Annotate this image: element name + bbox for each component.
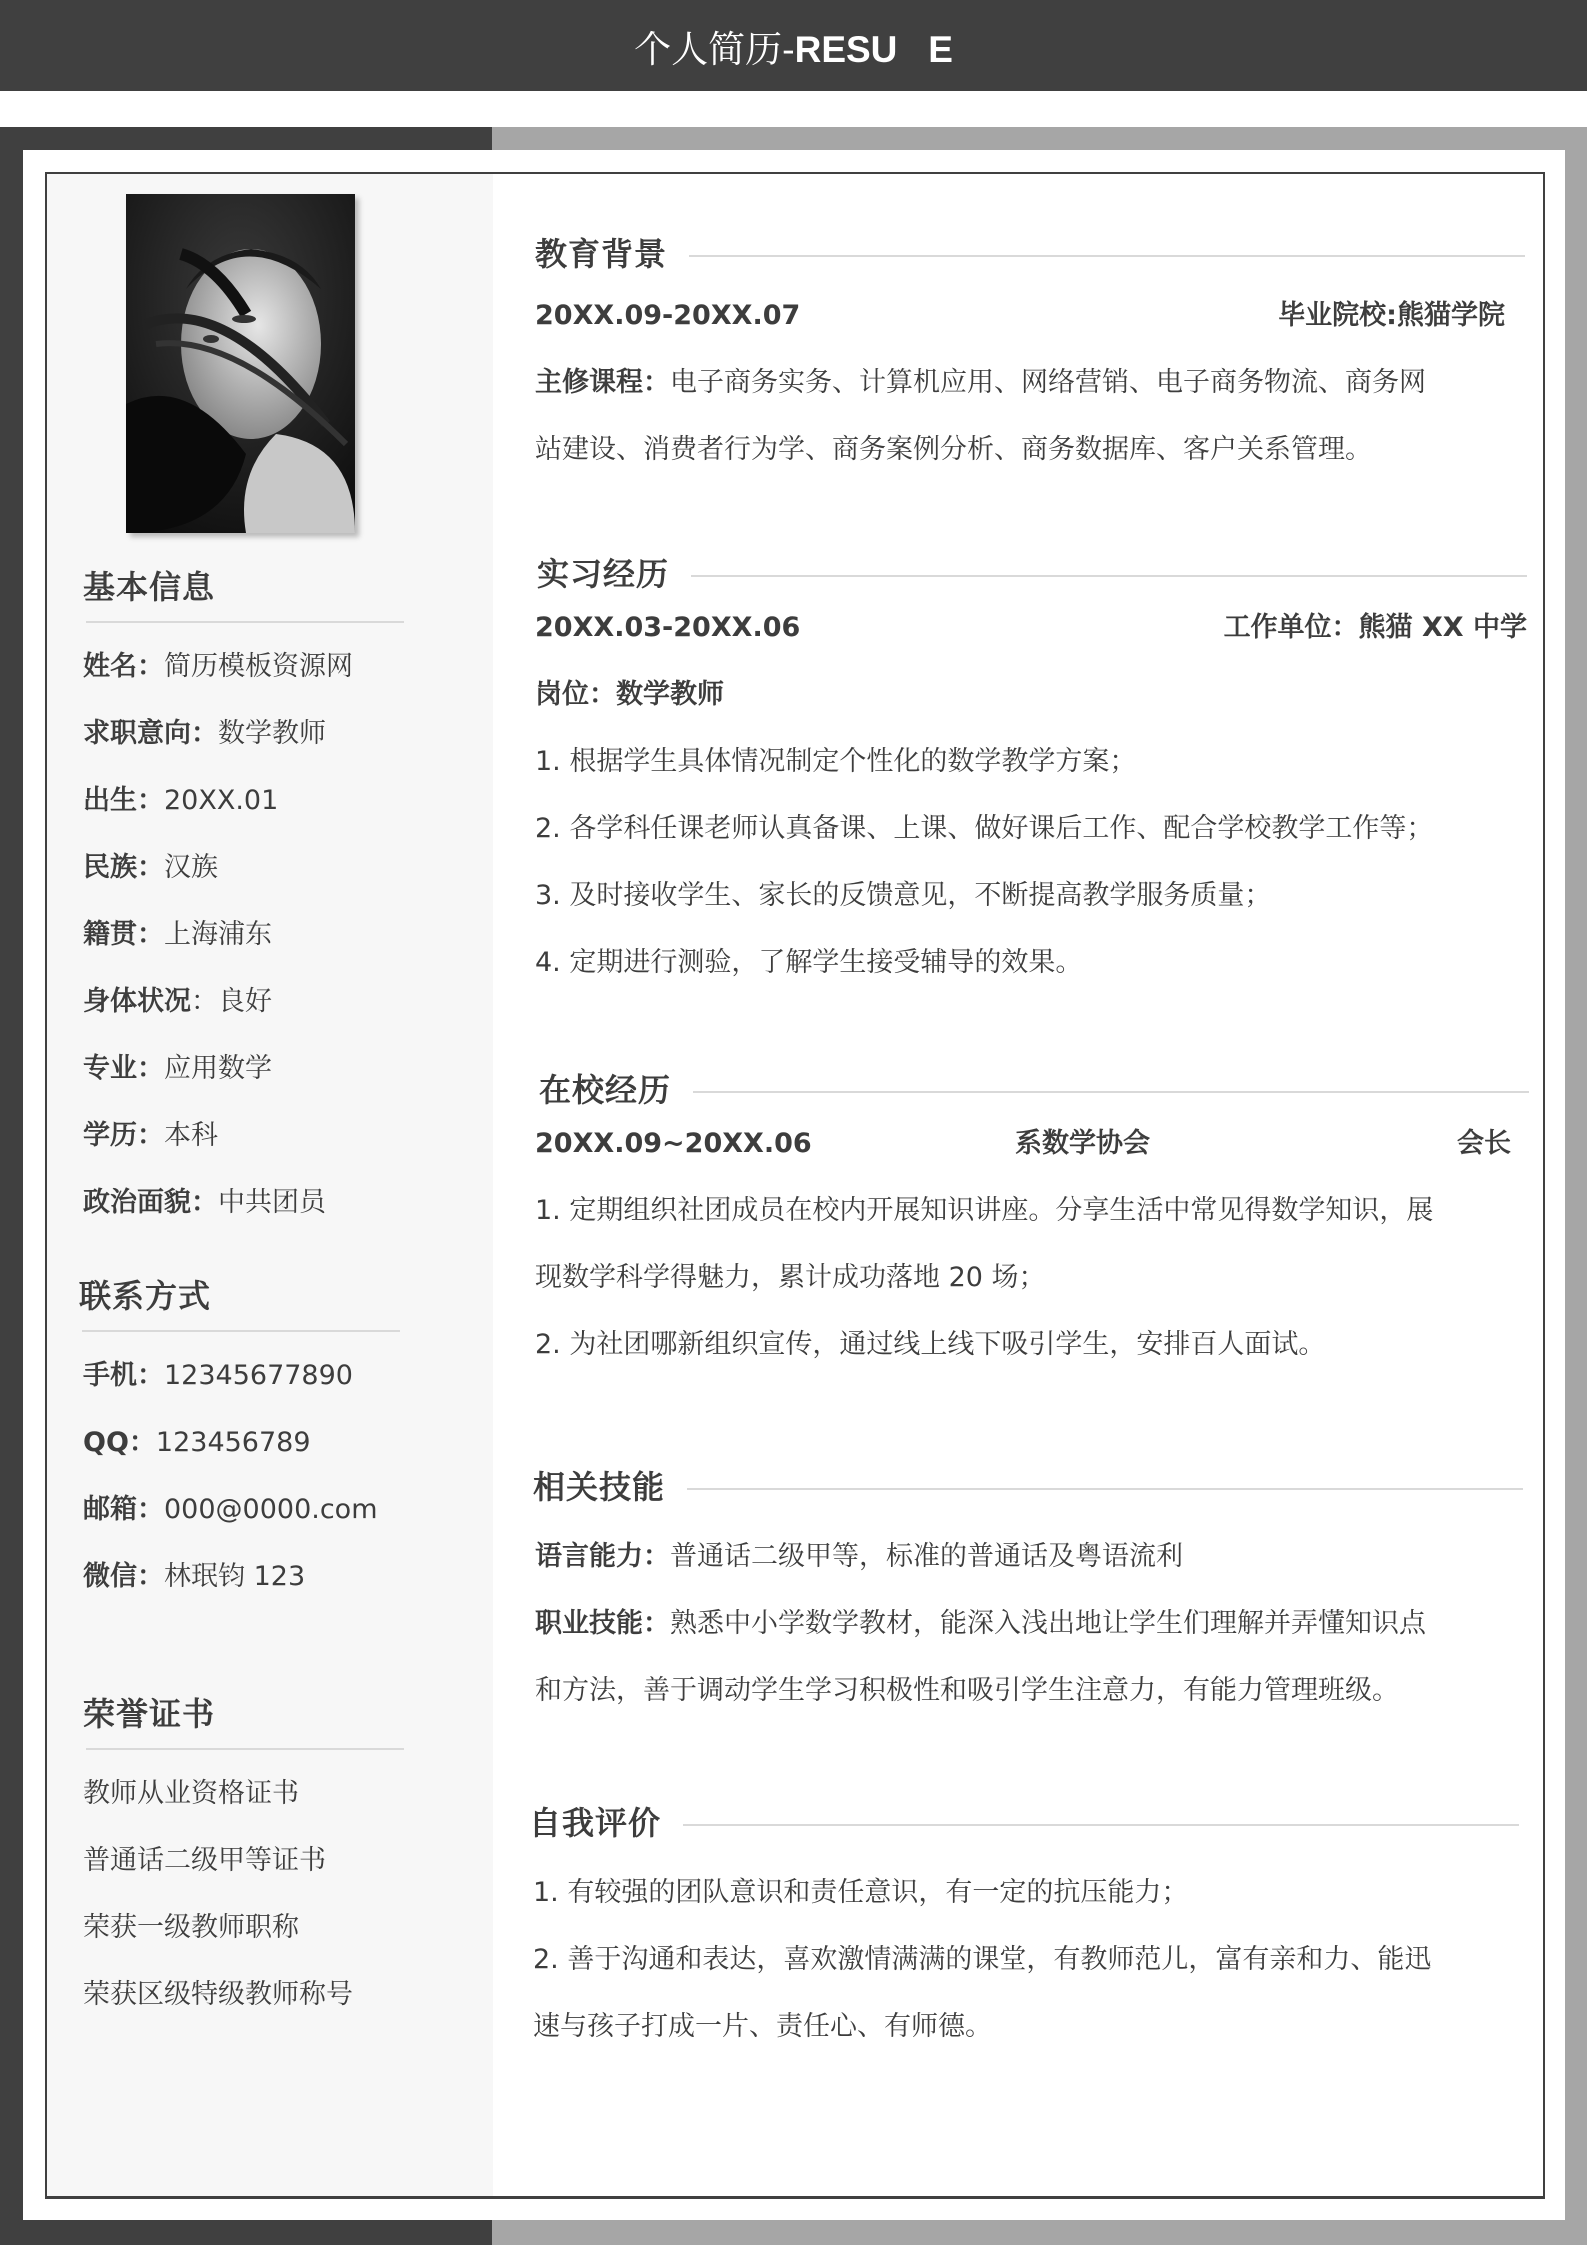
info-health: 身体状况：良好 — [83, 968, 413, 1035]
divider — [691, 575, 1527, 577]
self-eval-item-cont: 速与孩子打成一片、责任心、有师德。 — [533, 1993, 1519, 2060]
campus-role: 会长 — [1457, 1110, 1511, 1177]
internship-title: 实习经历 — [537, 554, 669, 594]
campus-period: 20XX.09~20XX.06 — [535, 1110, 1015, 1177]
campus-org: 系数学协会 — [1015, 1110, 1457, 1177]
info-ethnicity: 民族：汉族 — [83, 834, 413, 901]
info-job-intention: 求职意向：数学教师 — [83, 700, 413, 767]
profile-photo — [126, 194, 355, 533]
campus-title: 在校经历 — [539, 1070, 671, 1110]
skill-professional: 职业技能：熟悉中小学数学教材，能深入浅出地让学生们理解并弄懂知识点 — [535, 1590, 1523, 1657]
duty-item: 2. 各学科任课老师认真备课、上课、做好课后工作、配合学校教学工作等； — [535, 795, 1527, 862]
contact-title: 联系方式 — [79, 1276, 409, 1316]
honor-item: 荣获区级特级教师称号 — [83, 1961, 413, 2028]
resume-header: 个人简历-RESU E — [0, 0, 1587, 91]
internship-section: 实习经历 20XX.03-20XX.06 工作单位：熊猫 XX 中学 岗位：数学… — [537, 554, 1527, 996]
sidebar: 基本信息 姓名：简历模板资源网 求职意向：数学教师 出生：20XX.01 民族：… — [47, 174, 493, 2196]
divider — [86, 1748, 404, 1750]
divider — [689, 255, 1525, 257]
resume-card: 基本信息 姓名：简历模板资源网 求职意向：数学教师 出生：20XX.01 民族：… — [23, 150, 1565, 2220]
contact-email: 邮箱：000@0000.com — [83, 1476, 409, 1543]
info-name: 姓名：简历模板资源网 — [83, 633, 413, 700]
honors-title: 荣誉证书 — [83, 1694, 413, 1734]
internship-employer: 工作单位：熊猫 XX 中学 — [1224, 594, 1527, 661]
education-school: 毕业院校:熊猫学院 — [1278, 282, 1505, 349]
contact-phone: 手机：12345677890 — [83, 1342, 409, 1409]
campus-item-cont: 现数学科学得魅力，累计成功落地 20 场； — [535, 1244, 1529, 1311]
divider — [693, 1091, 1529, 1093]
honor-item: 荣获一级教师职称 — [83, 1894, 413, 1961]
info-education: 学历：本科 — [83, 1102, 413, 1169]
internship-row: 20XX.03-20XX.06 工作单位：熊猫 XX 中学 — [535, 594, 1527, 661]
duty-item: 4. 定期进行测验，了解学生接受辅导的效果。 — [535, 929, 1527, 996]
honor-item: 教师从业资格证书 — [83, 1760, 413, 1827]
info-hometown: 籍贯：上海浦东 — [83, 901, 413, 968]
basic-info-title: 基本信息 — [83, 567, 413, 607]
page-title: 个人简历-RESU E — [634, 19, 953, 73]
info-major: 专业：应用数学 — [83, 1035, 413, 1102]
honors-section: 荣誉证书 教师从业资格证书 普通话二级甲等证书 荣获一级教师职称 荣获区级特级教… — [83, 1694, 413, 2028]
divider — [82, 1330, 400, 1332]
campus-item: 2. 为社团哪新组织宣传，通过线上线下吸引学生，安排百人面试。 — [535, 1311, 1529, 1378]
education-courses-cont: 站建设、消费者行为学、商务案例分析、商务数据库、客户关系管理。 — [535, 416, 1525, 483]
duty-item: 3. 及时接收学生、家长的反馈意见，不断提高教学服务质量； — [535, 862, 1527, 929]
campus-item: 1. 定期组织社团成员在校内开展知识讲座。分享生活中常见得数学知识，展 — [535, 1177, 1529, 1244]
internship-position: 岗位：数学教师 — [535, 661, 1527, 728]
skills-title: 相关技能 — [533, 1467, 665, 1507]
contact-wechat: 微信：林珉钧 123 — [83, 1543, 409, 1610]
divider — [683, 1824, 1519, 1826]
contact-section: 联系方式 手机：12345677890 QQ：123456789 邮箱：000@… — [79, 1276, 409, 1610]
honor-item: 普通话二级甲等证书 — [83, 1827, 413, 1894]
campus-row: 20XX.09~20XX.06 系数学协会 会长 — [535, 1110, 1529, 1177]
education-period: 20XX.09-20XX.07 — [535, 282, 800, 349]
education-courses: 主修课程：电子商务实务、计算机应用、网络营销、电子商务物流、商务网 — [535, 349, 1525, 416]
skill-professional-cont: 和方法，善于调动学生学习积极性和吸引学生注意力，有能力管理班级。 — [535, 1657, 1523, 1724]
campus-section: 在校经历 20XX.09~20XX.06 系数学协会 会长 1. 定期组织社团成… — [539, 1070, 1529, 1378]
divider — [86, 621, 404, 623]
skill-language: 语言能力：普通话二级甲等，标准的普通话及粤语流利 — [535, 1523, 1523, 1590]
title-english: RESU E — [795, 29, 953, 70]
self-eval-section: 自我评价 1. 有较强的团队意识和责任意识，有一定的抗压能力； 2. 善于沟通和… — [529, 1803, 1519, 2060]
divider — [687, 1488, 1523, 1490]
self-eval-title: 自我评价 — [529, 1803, 661, 1843]
self-eval-item: 2. 善于沟通和表达，喜欢激情满满的课堂，有教师范儿，富有亲和力、能迅 — [533, 1926, 1519, 1993]
skills-section: 相关技能 语言能力：普通话二级甲等，标准的普通话及粤语流利 职业技能：熟悉中小学… — [533, 1467, 1523, 1724]
title-chinese: 个人简历- — [634, 28, 795, 71]
basic-info-section: 基本信息 姓名：简历模板资源网 求职意向：数学教师 出生：20XX.01 民族：… — [83, 567, 413, 1236]
internship-period: 20XX.03-20XX.06 — [535, 594, 800, 661]
education-title: 教育背景 — [535, 234, 667, 274]
contact-qq: QQ：123456789 — [83, 1409, 409, 1476]
info-political-status: 政治面貌：中共团员 — [83, 1169, 413, 1236]
main-content: 教育背景 20XX.09-20XX.07 毕业院校:熊猫学院 主修课程：电子商务… — [493, 174, 1545, 2196]
self-eval-item: 1. 有较强的团队意识和责任意识，有一定的抗压能力； — [533, 1859, 1519, 1926]
portrait-image-icon — [126, 194, 355, 533]
education-row: 20XX.09-20XX.07 毕业院校:熊猫学院 — [535, 282, 1525, 349]
info-birth: 出生：20XX.01 — [83, 767, 413, 834]
duty-item: 1. 根据学生具体情况制定个性化的数学教学方案； — [535, 728, 1527, 795]
education-section: 教育背景 20XX.09-20XX.07 毕业院校:熊猫学院 主修课程：电子商务… — [535, 234, 1525, 483]
resume-frame: 基本信息 姓名：简历模板资源网 求职意向：数学教师 出生：20XX.01 民族：… — [45, 172, 1545, 2199]
